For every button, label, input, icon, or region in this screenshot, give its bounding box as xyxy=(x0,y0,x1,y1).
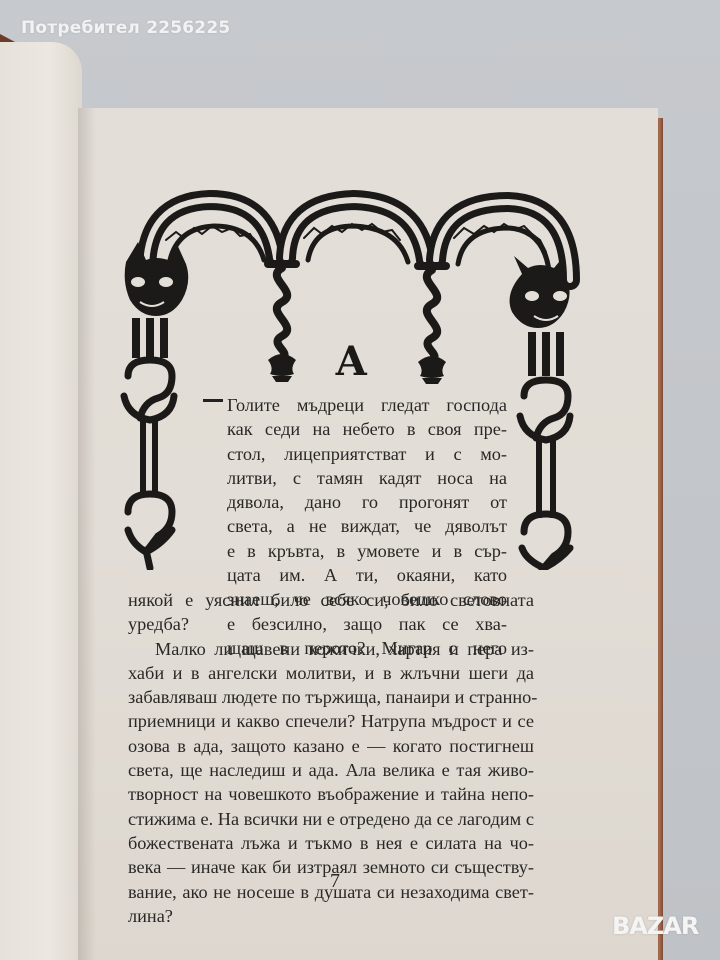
text-line: стол, лицеприятстват и с мо- xyxy=(227,442,507,466)
text-line: творност на човешкото въображение и тайн… xyxy=(128,782,534,806)
bazar-watermark-logo: BAZAR xyxy=(612,912,698,940)
drop-cap-letter: А xyxy=(335,338,368,385)
text-line: литви, с тамян кадят носа на xyxy=(227,466,507,490)
gutter-shadow xyxy=(78,108,96,960)
text-line: света, а не виждат, че дяволът xyxy=(227,514,507,538)
text-line: Малко ли щавени кожички, хартия и пера и… xyxy=(128,637,534,661)
text-line: стижима е. На всички ни е отредено да се… xyxy=(128,807,534,831)
user-label: Потребител 2256225 xyxy=(21,18,230,38)
text-line: как седи на небето в своя пре- xyxy=(227,417,507,441)
text-line: някой е уяснил било себе си, било светов… xyxy=(128,588,534,612)
page-number: 7 xyxy=(330,870,340,893)
text-line: Голите мъдреци гледат господа xyxy=(227,393,507,417)
text-line: е в кръвта, в умовете и в сър- xyxy=(227,539,507,563)
left-page xyxy=(0,42,82,960)
text-line: озова в ада, защото казано е — когато по… xyxy=(128,734,534,758)
text-line: хаби и в ангелски молитви, и в жлъчни ше… xyxy=(128,661,534,685)
text-line: уредба? xyxy=(128,612,534,636)
text-line: цата им. А ти, окаяни, като xyxy=(227,563,507,587)
text-line: света, ще наследиш и ада. Ала велика е т… xyxy=(128,758,534,782)
text-line: забавляваш людете по тържища, панаири и … xyxy=(128,685,534,709)
text-line: приемници и какво спечели? Натрупа мъдро… xyxy=(128,709,534,733)
opening-dash xyxy=(203,399,223,402)
text-line: божествената лъжа и тъкмо в нея е силата… xyxy=(128,831,534,855)
text-line: лина? xyxy=(128,904,534,928)
text-line: дявола, дано го прогонят от xyxy=(227,490,507,514)
